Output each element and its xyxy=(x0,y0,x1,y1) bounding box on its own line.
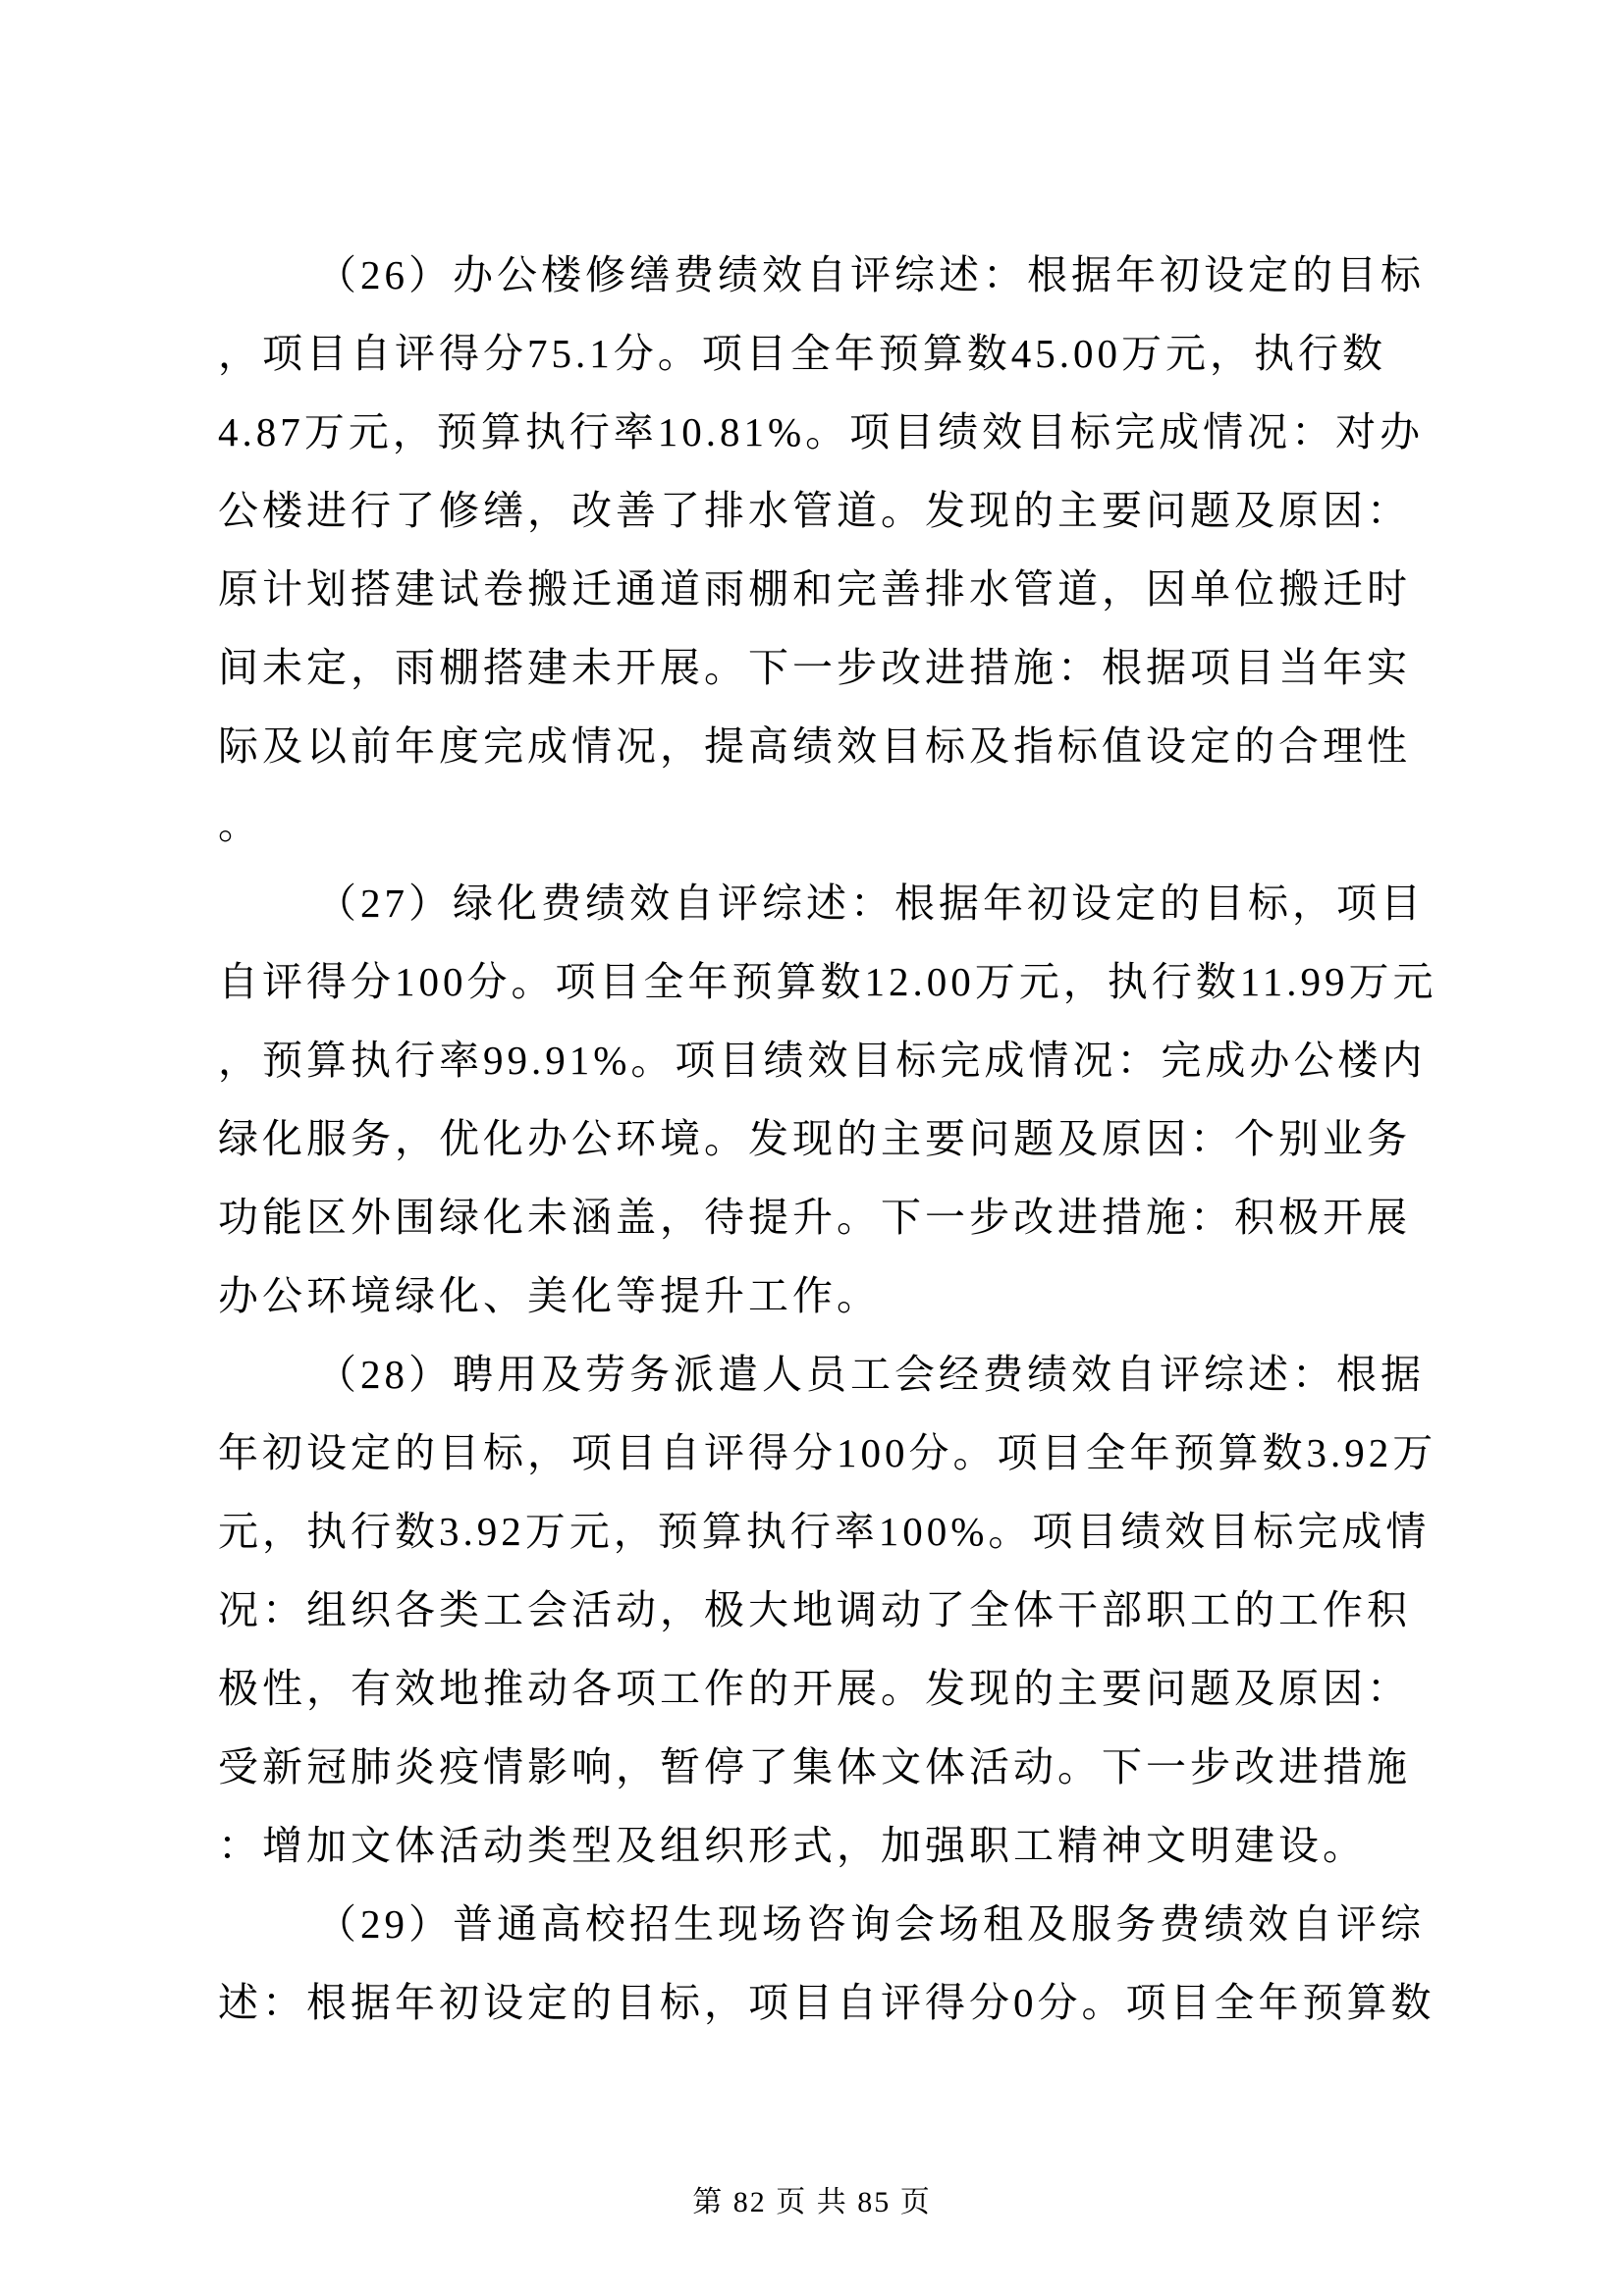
text-line: 间未定，雨棚搭建未开展。下一步改进措施：根据项目当年实 xyxy=(218,628,1411,707)
text-line: 极性，有效地推动各项工作的开展。发现的主要问题及原因： xyxy=(218,1649,1411,1728)
text-line: 公楼进行了修缮，改善了排水管道。发现的主要问题及原因： xyxy=(218,471,1411,550)
text-line: 原计划搭建试卷搬迁通道雨棚和完善排水管道，因单位搬迁时 xyxy=(218,550,1411,628)
text-line: （29）普通高校招生现场咨询会场租及服务费绩效自评综 xyxy=(218,1885,1411,1963)
text-line: 受新冠肺炎疫情影响，暂停了集体文体活动。下一步改进措施 xyxy=(218,1728,1411,1806)
document-body: （26）办公楼修缮费绩效自评综述：根据年初设定的目标 ，项目自评得分75.1分。… xyxy=(218,236,1411,2042)
paragraph-item-29: （29）普通高校招生现场咨询会场租及服务费绩效自评综 述：根据年初设定的目标，项… xyxy=(218,1885,1411,2042)
text-line: 自评得分100分。项目全年预算数12.00万元，执行数11.99万元 xyxy=(218,942,1411,1021)
text-line: ，预算执行率99.91%。项目绩效目标完成情况：完成办公楼内 xyxy=(218,1021,1411,1099)
text-line: ，项目自评得分75.1分。项目全年预算数45.00万元，执行数 xyxy=(218,314,1411,393)
text-line: 4.87万元，预算执行率10.81%。项目绩效目标完成情况：对办 xyxy=(218,393,1411,471)
text-line: 绿化服务，优化办公环境。发现的主要问题及原因：个别业务 xyxy=(218,1099,1411,1178)
text-line: （26）办公楼修缮费绩效自评综述：根据年初设定的目标 xyxy=(218,236,1411,314)
text-line: 年初设定的目标，项目自评得分100分。项目全年预算数3.92万 xyxy=(218,1414,1411,1492)
text-line: 功能区外围绿化未涵盖，待提升。下一步改进措施：积极开展 xyxy=(218,1178,1411,1256)
text-line: 元，执行数3.92万元，预算执行率100%。项目绩效目标完成情 xyxy=(218,1492,1411,1571)
text-line: 。 xyxy=(218,785,1411,864)
text-line: （27）绿化费绩效自评综述：根据年初设定的目标，项目 xyxy=(218,864,1411,942)
page-number-indicator: 第 82 页 共 85 页 xyxy=(692,2186,932,2218)
paragraph-item-26: （26）办公楼修缮费绩效自评综述：根据年初设定的目标 ，项目自评得分75.1分。… xyxy=(218,236,1411,864)
text-line: 述：根据年初设定的目标，项目自评得分0分。项目全年预算数 xyxy=(218,1963,1411,2042)
text-line: 办公环境绿化、美化等提升工作。 xyxy=(218,1256,1411,1335)
paragraph-item-27: （27）绿化费绩效自评综述：根据年初设定的目标，项目 自评得分100分。项目全年… xyxy=(218,864,1411,1335)
text-line: 际及以前年度完成情况，提高绩效目标及指标值设定的合理性 xyxy=(218,707,1411,785)
text-line: 况：组织各类工会活动，极大地调动了全体干部职工的工作积 xyxy=(218,1571,1411,1649)
page-footer: 第 82 页 共 85 页 xyxy=(0,2181,1624,2224)
paragraph-item-28: （28）聘用及劳务派遣人员工会经费绩效自评综述：根据 年初设定的目标，项目自评得… xyxy=(218,1335,1411,1885)
text-line: （28）聘用及劳务派遣人员工会经费绩效自评综述：根据 xyxy=(218,1335,1411,1414)
document-page: （26）办公楼修缮费绩效自评综述：根据年初设定的目标 ，项目自评得分75.1分。… xyxy=(0,0,1624,2296)
text-line: ：增加文体活动类型及组织形式，加强职工精神文明建设。 xyxy=(218,1806,1411,1885)
